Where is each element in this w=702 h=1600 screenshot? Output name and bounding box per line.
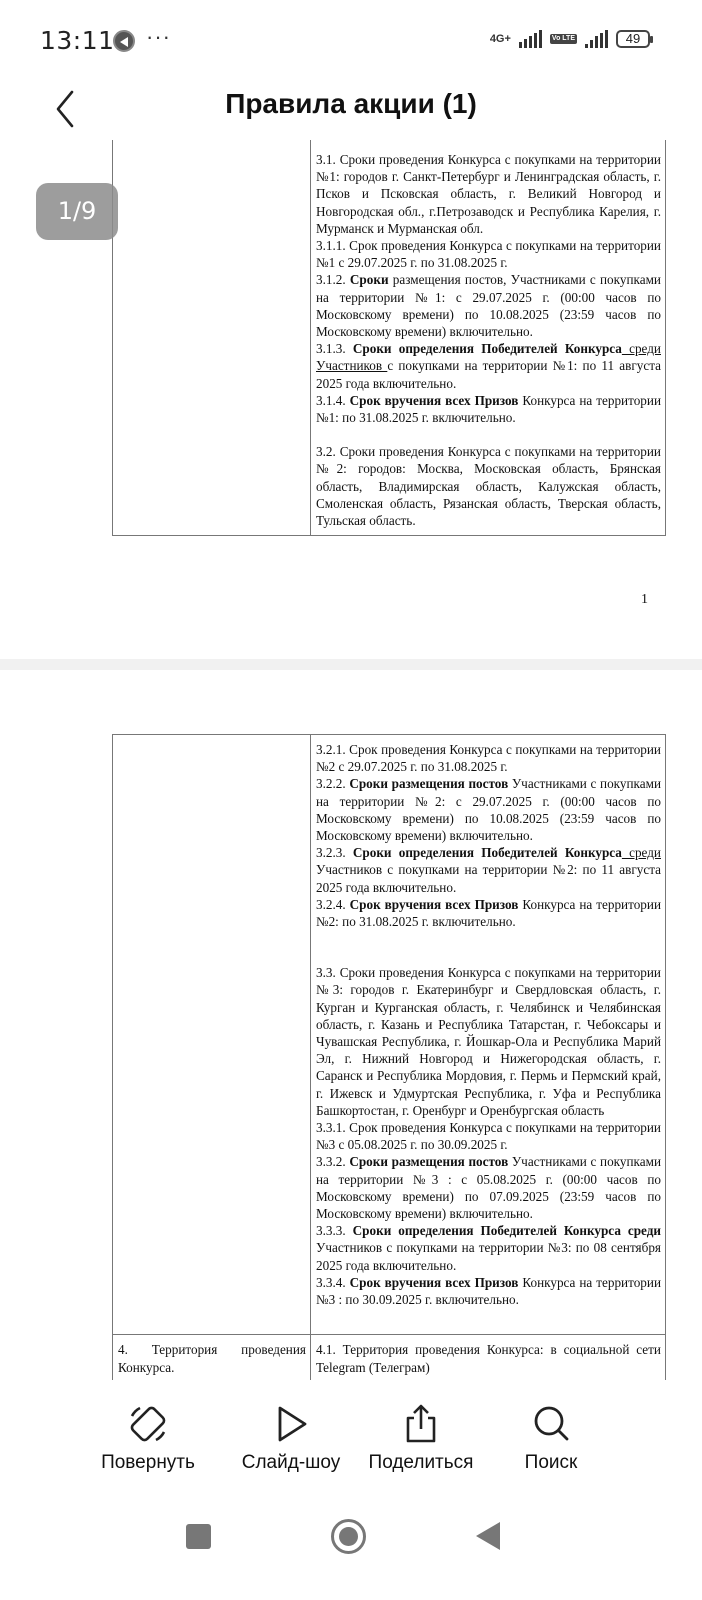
page-indicator: 1/9 [36,183,118,240]
page-title: Правила акции (1) [0,88,702,120]
share-icon [399,1402,443,1446]
telegram-notification-icon [113,30,135,52]
signal-icon-1 [519,30,542,48]
clause-3-2-4: 3.2.4. Срок вручения всех Призов Конкурс… [316,896,661,930]
battery-icon: 49 [616,30,650,48]
clause-3-2-1: 3.2.1. Срок проведения Конкурса с покупк… [316,741,661,775]
app-bar: Правила акции (1) [0,80,702,140]
home-button[interactable] [331,1519,366,1554]
volte-icon: Vo LTE [550,34,577,44]
share-button[interactable]: Поделиться [356,1402,486,1474]
table-cell-section-4: 4.1. Территория проведения Конкурса: в с… [311,1335,666,1380]
page-number: 1 [641,592,648,608]
clause-3-2: 3.2. Сроки проведения Конкурса с покупка… [316,443,661,529]
status-time: 13:11 [40,26,115,55]
status-bar: 13:11 ··· 4G+ Vo LTE 49 [0,0,702,80]
table-cell-section-4-label: 4. Территория проведения Конкурса. [113,1335,311,1380]
clause-3-1-2: 3.1.2. Сроки размещения постов, Участник… [316,271,661,340]
clause-3-3: 3.3. Сроки проведения Конкурса с покупка… [316,964,661,1119]
search-icon [529,1402,573,1446]
signal-icon-2 [585,30,608,48]
table-row: 3.1. Сроки проведения Конкурса с покупка… [113,140,666,536]
clause-3-2-2: 3.2.2. Сроки размещения постов Участника… [316,775,661,844]
bottom-toolbar: Повернуть Слайд-шоу Поделиться Поиск [0,1380,702,1480]
search-button[interactable]: Поиск [486,1402,616,1474]
document-table-page-1: 3.1. Сроки проведения Конкурса с покупка… [112,140,666,536]
search-label: Поиск [486,1452,616,1474]
clause-3-3-2: 3.3.2. Сроки размещения постов Участника… [316,1153,661,1222]
clause-3-1-3: 3.1.3. Сроки определения Победителей Кон… [316,340,661,392]
table-cell-left [113,140,311,536]
slideshow-label: Слайд-шоу [226,1452,356,1474]
clause-3-2-3: 3.2.3. Сроки определения Победителей Кон… [316,844,661,896]
table-cell-right: 3.2.1. Срок проведения Конкурса с покупк… [311,735,666,1335]
table-row: 3.2.1. Срок проведения Конкурса с покупк… [113,735,666,1335]
document-viewer[interactable]: 3.1. Сроки проведения Конкурса с покупка… [0,140,702,1380]
status-indicators: 4G+ Vo LTE 49 [490,30,650,48]
clause-4-1: 4.1. Территория проведения Конкурса: в с… [316,1341,661,1375]
clause-3-3-1: 3.3.1. Срок проведения Конкурса с покупк… [316,1119,661,1153]
clause-3-1-1: 3.1.1. Срок проведения Конкурса с покупк… [316,237,661,271]
network-type-label: 4G+ [490,34,511,44]
recent-apps-button[interactable] [186,1524,211,1549]
clause-3-1: 3.1. Сроки проведения Конкурса с покупка… [316,151,661,237]
table-cell-right: 3.1. Сроки проведения Конкурса с покупка… [311,140,666,536]
rotate-icon [126,1402,170,1446]
page-separator [0,659,702,670]
rotate-label: Повернуть [83,1452,213,1474]
clause-3-1-4: 3.1.4. Срок вручения всех Призов Конкурс… [316,392,661,426]
more-notifications-icon: ··· [146,24,171,50]
rotate-button[interactable]: Повернуть [83,1402,213,1474]
system-back-button[interactable] [476,1522,500,1550]
clause-3-3-4: 3.3.4. Срок вручения всех Призов Конкурс… [316,1274,661,1308]
slideshow-button[interactable]: Слайд-шоу [226,1402,356,1474]
system-nav-bar [0,1490,702,1600]
document-table-page-2: 3.2.1. Срок проведения Конкурса с покупк… [112,734,666,1380]
table-row: 4. Территория проведения Конкурса. 4.1. … [113,1335,666,1380]
share-label: Поделиться [356,1452,486,1474]
clause-3-3-3: 3.3.3. Сроки определения Победителей Кон… [316,1222,661,1274]
play-icon [269,1402,313,1446]
table-cell-left [113,735,311,1335]
